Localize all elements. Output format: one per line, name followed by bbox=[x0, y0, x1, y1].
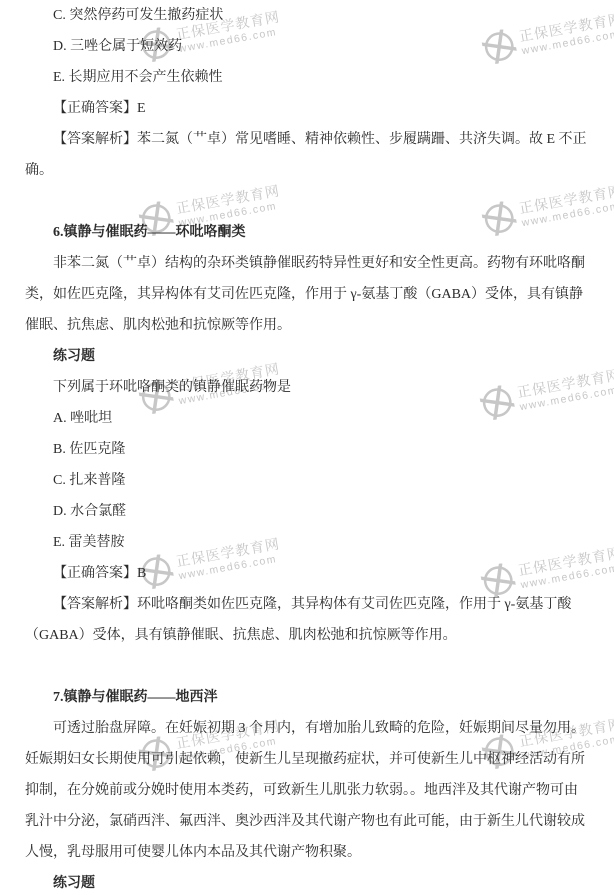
text-line: 乳汁中分泌，氯硝西泮、氟西泮、奥沙西泮及其代谢产物也有此可能，由于新生儿代谢较成 bbox=[25, 806, 592, 837]
section-heading: 6.镇静与催眠药——环吡咯酮类 bbox=[25, 217, 592, 248]
text-line: 催眠、抗焦虑、肌肉松弛和抗惊厥等作用。 bbox=[25, 310, 592, 341]
text-line: A. 唑吡坦 bbox=[25, 403, 592, 434]
section-heading: 练习题 bbox=[25, 341, 592, 372]
section-heading: 练习题 bbox=[25, 868, 592, 895]
page-text-layer: C. 突然停药可发生撤药症状D. 三唑仑属于短效药E. 长期应用不会产生依赖性【… bbox=[0, 0, 614, 895]
text-line: 妊娠期妇女长期使用可引起依赖，使新生儿呈现撤药症状，并可使新生儿中枢神经活动有所 bbox=[25, 744, 592, 775]
text-line: 非苯二氮（艹卓）结构的杂环类镇静催眠药特异性更好和安全性更高。药物有环吡咯酮 bbox=[25, 248, 592, 279]
text-line: E. 长期应用不会产生依赖性 bbox=[25, 62, 592, 93]
text-line: 人慢，乳母服用可使婴儿体内本品及其代谢产物积聚。 bbox=[25, 837, 592, 868]
text-line: 【答案解析】苯二氮（艹卓）常见嗜睡、精神依赖性、步履蹒跚、共济失调。故 E 不正 bbox=[25, 124, 592, 155]
text-line: B. 佐匹克隆 bbox=[25, 434, 592, 465]
document-page: 正保医学教育网 www.med66.com 正保医学教育网 www.med66.… bbox=[0, 0, 614, 895]
text-line: C. 突然停药可发生撤药症状 bbox=[25, 0, 592, 31]
text-line: E. 雷美替胺 bbox=[25, 527, 592, 558]
section-heading: 7.镇静与催眠药——地西泮 bbox=[25, 682, 592, 713]
text-line: D. 三唑仑属于短效药 bbox=[25, 31, 592, 62]
text-line: 抑制，在分娩前或分娩时使用本类药，可致新生儿肌张力软弱。。地西泮及其代谢产物可由 bbox=[25, 775, 592, 806]
text-line: 下列属于环吡咯酮类的镇静催眠药物是 bbox=[25, 372, 592, 403]
text-line: 确。 bbox=[25, 155, 592, 186]
text-line: C. 扎来普隆 bbox=[25, 465, 592, 496]
text-line: （GABA）受体，具有镇静催眠、抗焦虑、肌肉松弛和抗惊厥等作用。 bbox=[25, 620, 592, 651]
text-line: 可透过胎盘屏障。在妊娠初期 3 个月内，有增加胎儿致畸的危险，妊娠期间尽量勿用。 bbox=[25, 713, 592, 744]
text-line: 类，如佐匹克隆，其异构体有艾司佐匹克隆，作用于 γ-氨基丁酸（GABA）受体，具… bbox=[25, 279, 592, 310]
text-line: 【正确答案】E bbox=[25, 93, 592, 124]
text-line: D. 水合氯醛 bbox=[25, 496, 592, 527]
text-line: 【答案解析】环吡咯酮类如佐匹克隆，其异构体有艾司佐匹克隆，作用于 γ-氨基丁酸 bbox=[25, 589, 592, 620]
text-line: 【正确答案】B bbox=[25, 558, 592, 589]
